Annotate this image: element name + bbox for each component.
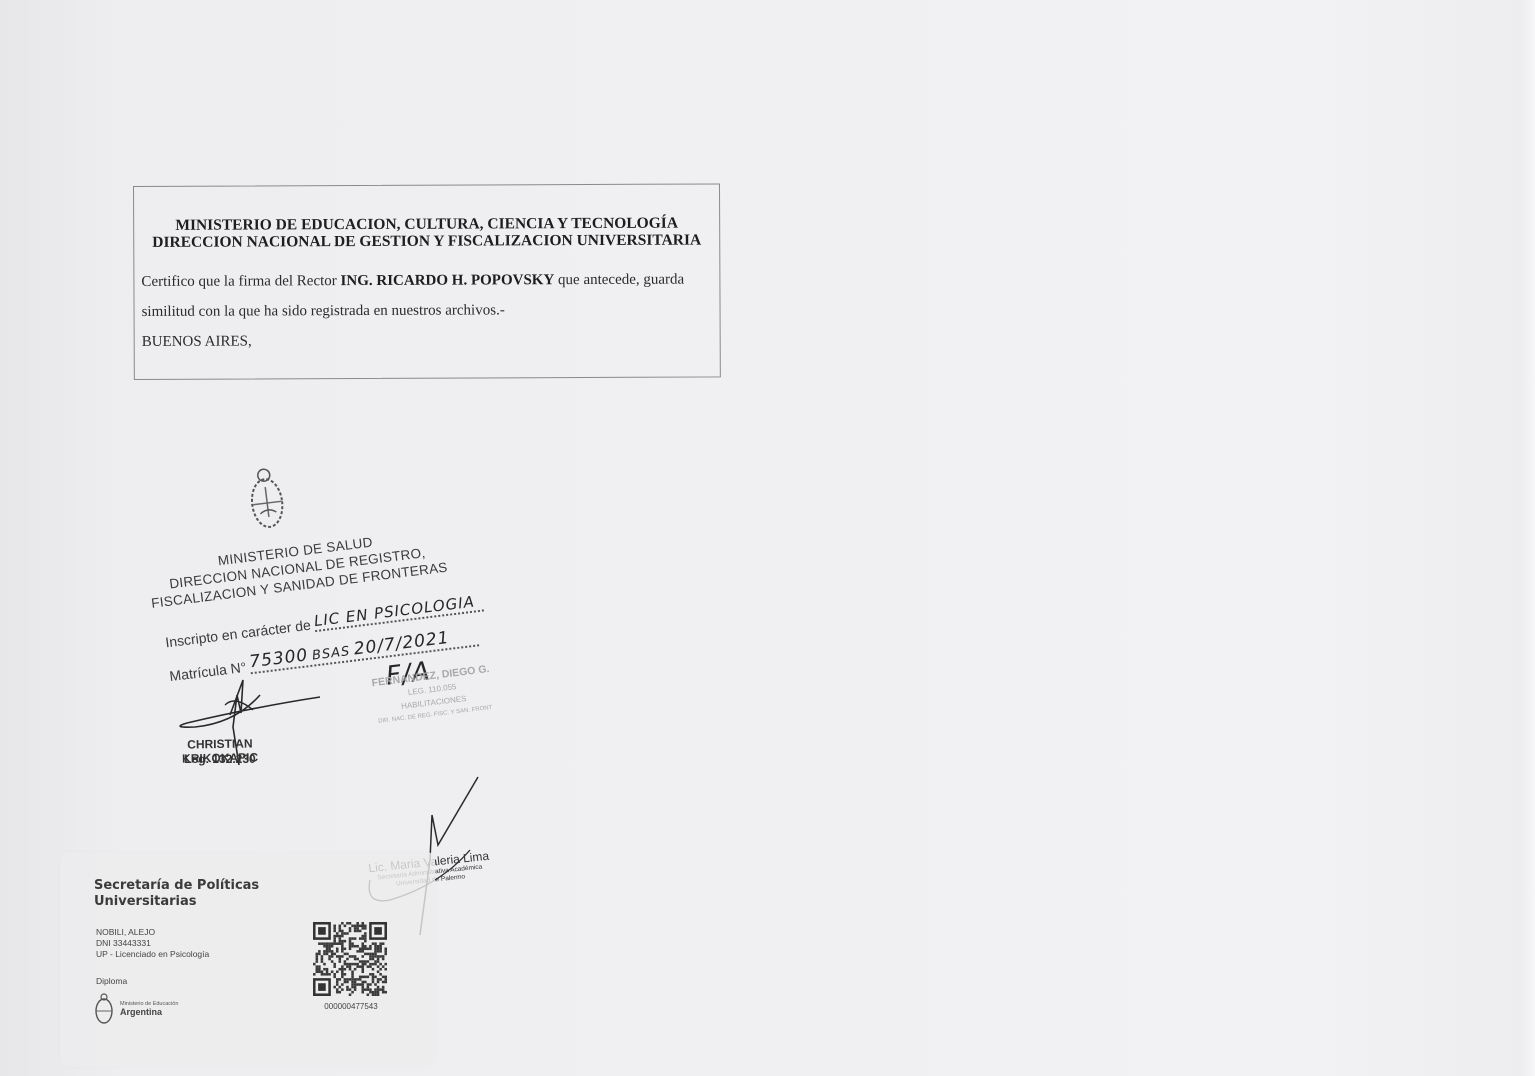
spu-title-line2: Universitarias (94, 894, 259, 910)
holder-name: NOBILI, ALEJO (96, 927, 209, 938)
inscripto-label: Inscripto en carácter de (164, 617, 311, 651)
rector-name: ING. RICARDO H. POPOVSKY (340, 272, 554, 289)
certification-prefix: Certifico que la firma del Rector (141, 273, 340, 290)
matricula-value: 75300 (248, 645, 309, 672)
certification-line2: similitud con la que ha sido registrada … (142, 299, 714, 331)
ministry-country: Argentina (120, 1007, 178, 1017)
certification-line1: Certifico que la firma del Rector ING. R… (141, 269, 713, 301)
ministry-logo: Ministerio de Educación Argentina (94, 992, 178, 1026)
spu-title: Secretaría de Políticas Universitarias (94, 878, 259, 910)
paper-edge (1521, 0, 1535, 1076)
certification-suffix: que antecede, guarda (554, 272, 684, 289)
ministry-coat-icon (94, 993, 114, 1025)
holder-dni: DNI 33443331 (96, 938, 209, 949)
holder-degree: UP - Licenciado en Psicología (96, 949, 209, 960)
qr-number: 000000477543 (306, 1002, 396, 1011)
certification-title: MINISTERIO DE EDUCACION, CULTURA, CIENCI… (134, 214, 719, 251)
inscripto-value: LIC EN PSICOLOGIA (313, 593, 476, 631)
signer-leg: Leg. 132.230 (150, 752, 290, 766)
certification-title-line2: DIRECCION NACIONAL DE GESTION Y FISCALIZ… (134, 231, 719, 251)
matricula-date: 20/7/2021 (353, 628, 451, 660)
spu-card: Secretaría de Políticas Universitarias N… (60, 852, 435, 1067)
holder-info: NOBILI, ALEJO DNI 33443331 UP - Licencia… (96, 927, 209, 960)
certification-city: BUENOS AIRES, (142, 329, 714, 361)
coat-of-arms-icon (243, 465, 291, 535)
document-type: Diploma (96, 976, 127, 986)
matricula-place: BSAS (311, 644, 351, 664)
certification-body: Certifico que la firma del Rector ING. R… (141, 269, 713, 361)
spu-title-line1: Secretaría de Políticas (94, 878, 259, 894)
qr-code[interactable] (313, 922, 387, 996)
certification-box: MINISTERIO DE EDUCACION, CULTURA, CIENCI… (133, 183, 721, 380)
